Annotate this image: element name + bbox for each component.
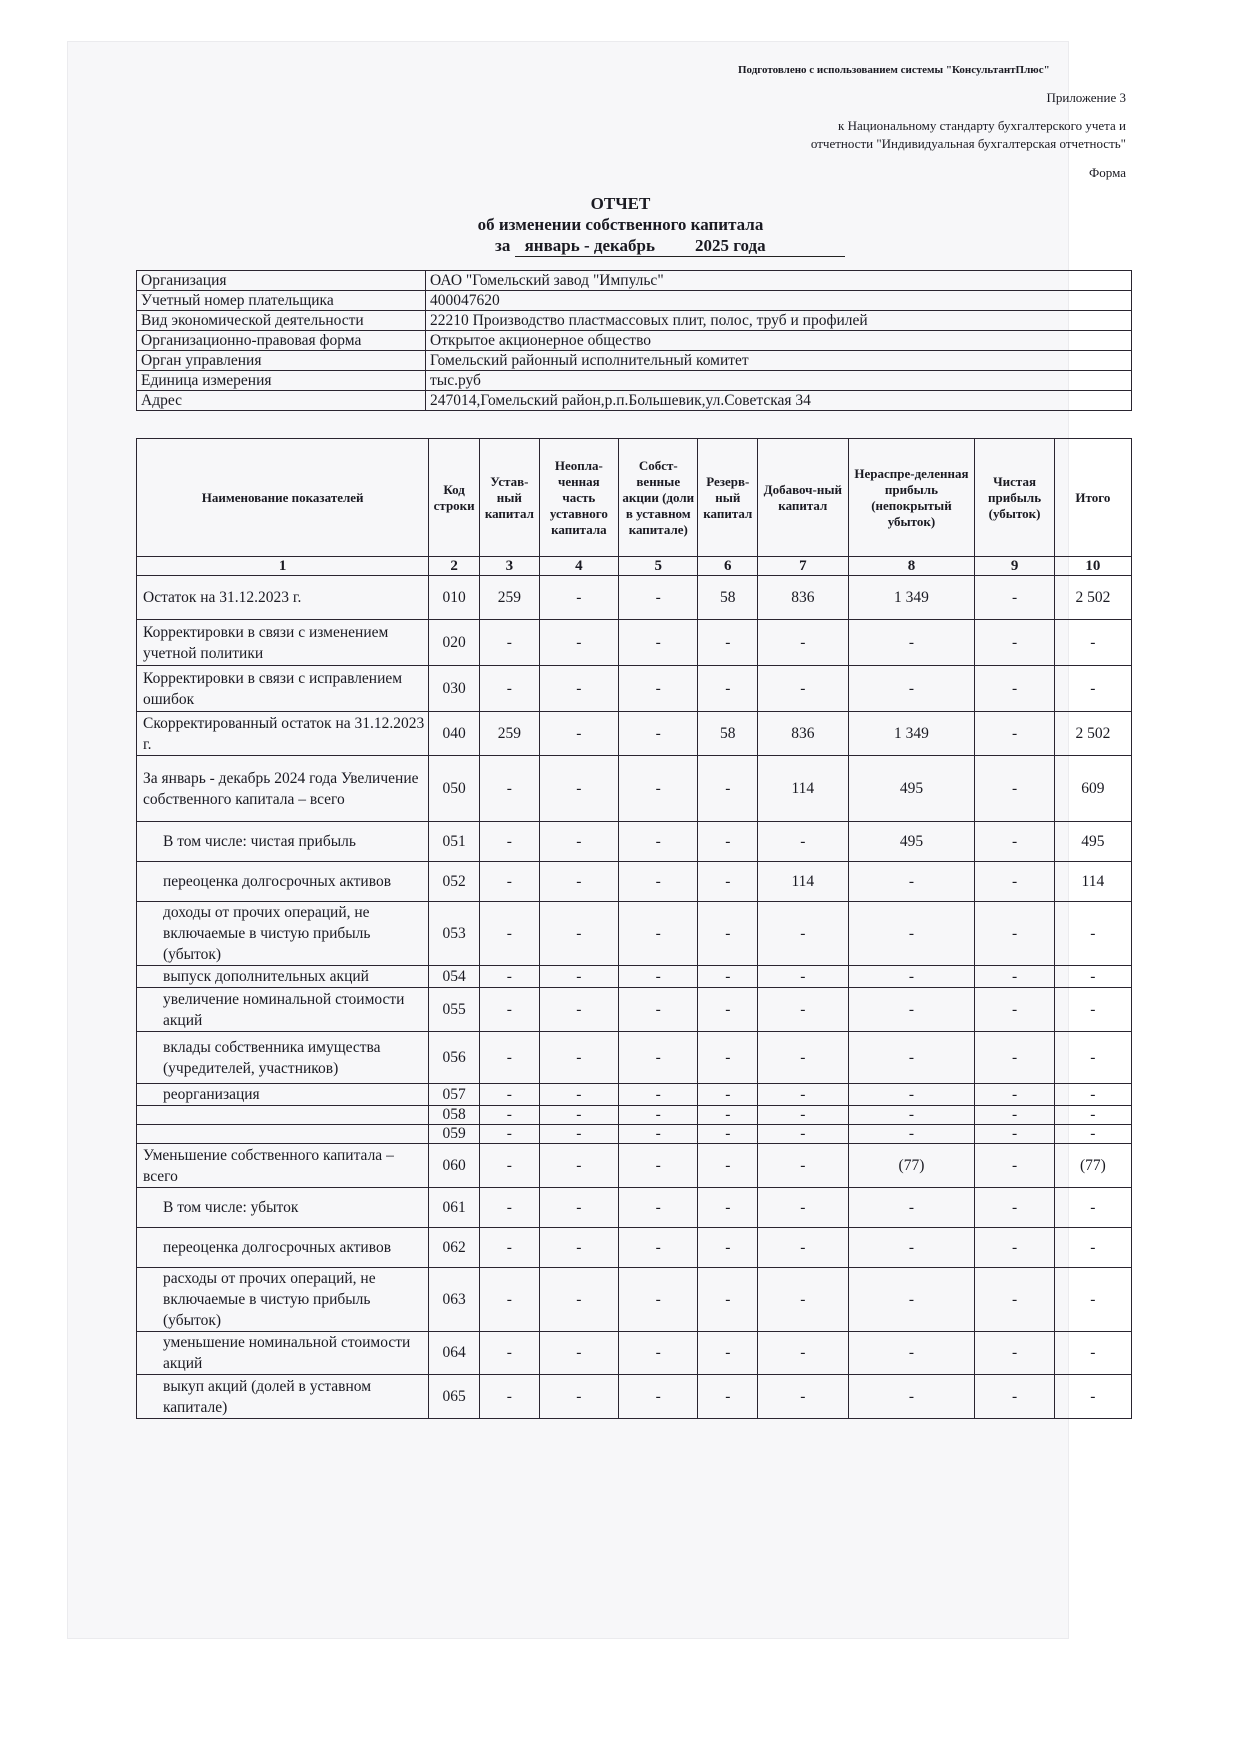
info-label: Адрес <box>137 391 426 411</box>
column-header: Код строки <box>429 439 480 557</box>
row-label: расходы от прочих операций, не включаемы… <box>137 1268 429 1332</box>
cell-value: - <box>539 862 618 902</box>
cell-value: - <box>1054 620 1131 666</box>
table-row: Корректировки в связи с исправлением оши… <box>137 666 1132 712</box>
info-label: Организационно-правовая форма <box>137 331 426 351</box>
row-label: переоценка долгосрочных активов <box>137 1228 429 1268</box>
info-value: 247014,Гомельский район,р.п.Большевик,ул… <box>426 391 1132 411</box>
cell-value: - <box>1054 1188 1131 1228</box>
info-value: ОАО "Гомельский завод "Импульс" <box>426 271 1132 291</box>
cell-value: - <box>1054 1375 1131 1419</box>
report-period: за январь - декабрь2025 года <box>495 236 845 257</box>
column-header: Итого <box>1054 439 1131 557</box>
cell-value: - <box>698 620 758 666</box>
cell-value: - <box>480 862 540 902</box>
column-number: 9 <box>975 557 1054 576</box>
cell-value: 2 502 <box>1054 576 1131 620</box>
cell-value: - <box>975 576 1054 620</box>
cell-value: - <box>698 966 758 988</box>
cell-value: - <box>619 712 698 756</box>
cell-value: - <box>539 756 618 822</box>
cell-value: - <box>1054 1032 1131 1084</box>
cell-value: - <box>619 666 698 712</box>
cell-value: - <box>480 1228 540 1268</box>
cell-value: - <box>758 666 848 712</box>
cell-value: 609 <box>1054 756 1131 822</box>
table-row: 059-------- <box>137 1125 1132 1144</box>
cell-value: - <box>619 1228 698 1268</box>
cell-value: - <box>539 576 618 620</box>
info-label: Вид экономической деятельности <box>137 311 426 331</box>
cell-value: 495 <box>848 822 975 862</box>
cell-value: - <box>539 620 618 666</box>
cell-value: - <box>480 1106 540 1125</box>
row-code: 010 <box>429 576 480 620</box>
cell-value: 2 502 <box>1054 712 1131 756</box>
info-label: Единица измерения <box>137 371 426 391</box>
row-code: 055 <box>429 988 480 1032</box>
table-row: Уменьшение собственного капитала – всего… <box>137 1144 1132 1188</box>
cell-value: - <box>480 1125 540 1144</box>
column-number: 3 <box>480 557 540 576</box>
info-row: ОрганизацияОАО "Гомельский завод "Импуль… <box>137 271 1132 291</box>
cell-value: - <box>619 576 698 620</box>
row-code: 056 <box>429 1032 480 1084</box>
period-underline: январь - декабрь2025 года <box>515 236 845 257</box>
cell-value: - <box>698 1144 758 1188</box>
period-year: 2025 года <box>695 236 766 255</box>
cell-value: - <box>975 1332 1054 1375</box>
cell-value: - <box>698 822 758 862</box>
cell-value: 114 <box>758 756 848 822</box>
organization-info-table: ОрганизацияОАО "Гомельский завод "Импуль… <box>136 270 1132 411</box>
column-header: Собст-венные акции (доли в уставном капи… <box>619 439 698 557</box>
cell-value: - <box>848 1375 975 1419</box>
cell-value: 836 <box>758 712 848 756</box>
column-number: 7 <box>758 557 848 576</box>
cell-value: - <box>758 1084 848 1106</box>
cell-value: - <box>758 988 848 1032</box>
period-months: январь - декабрь <box>525 236 655 255</box>
cell-value: - <box>975 1268 1054 1332</box>
cell-value: - <box>848 1084 975 1106</box>
table-row: переоценка долгосрочных активов062------… <box>137 1228 1132 1268</box>
row-label: В том числе: чистая прибыль <box>137 822 429 862</box>
row-label: Остаток на 31.12.2023 г. <box>137 576 429 620</box>
cell-value: - <box>480 666 540 712</box>
row-code: 063 <box>429 1268 480 1332</box>
cell-value: - <box>539 712 618 756</box>
table-row: увеличение номинальной стоимости акций05… <box>137 988 1132 1032</box>
column-number: 5 <box>619 557 698 576</box>
cell-value: - <box>1054 1106 1131 1125</box>
cell-value: - <box>758 620 848 666</box>
cell-value: - <box>480 1032 540 1084</box>
cell-value: - <box>698 1228 758 1268</box>
cell-value: - <box>539 1144 618 1188</box>
cell-value: - <box>975 862 1054 902</box>
cell-value: - <box>619 822 698 862</box>
cell-value: - <box>975 1144 1054 1188</box>
cell-value: - <box>480 1268 540 1332</box>
cell-value: 259 <box>480 712 540 756</box>
row-code: 040 <box>429 712 480 756</box>
cell-value: (77) <box>1054 1144 1131 1188</box>
row-label: выпуск дополнительных акций <box>137 966 429 988</box>
cell-value: - <box>848 988 975 1032</box>
row-label: переоценка долгосрочных активов <box>137 862 429 902</box>
info-row: Учетный номер плательщика400047620 <box>137 291 1132 311</box>
row-code: 064 <box>429 1332 480 1375</box>
report-title: ОТЧЕТ <box>0 194 1241 214</box>
cell-value: - <box>619 862 698 902</box>
info-value: 400047620 <box>426 291 1132 311</box>
cell-value: - <box>1054 666 1131 712</box>
cell-value: - <box>619 1188 698 1228</box>
row-label: вклады собственника имущества (учредител… <box>137 1032 429 1084</box>
row-label: За январь - декабрь 2024 года Увеличение… <box>137 756 429 822</box>
row-code: 058 <box>429 1106 480 1125</box>
table-row: Корректировки в связи с изменением учетн… <box>137 620 1132 666</box>
cell-value: 58 <box>698 576 758 620</box>
row-label: В том числе: убыток <box>137 1188 429 1228</box>
cell-value: - <box>698 1268 758 1332</box>
cell-value: - <box>539 1268 618 1332</box>
row-code: 052 <box>429 862 480 902</box>
info-value: Гомельский районный исполнительный комит… <box>426 351 1132 371</box>
table-row: В том числе: чистая прибыль051-----495-4… <box>137 822 1132 862</box>
prepared-note: Подготовлено с использованием системы "К… <box>738 64 1050 76</box>
info-label: Орган управления <box>137 351 426 371</box>
cell-value: - <box>758 1375 848 1419</box>
table-row: В том числе: убыток061-------- <box>137 1188 1132 1228</box>
row-label: Корректировки в связи с изменением учетн… <box>137 620 429 666</box>
cell-value: - <box>480 822 540 862</box>
row-code: 065 <box>429 1375 480 1419</box>
info-value: Открытое акционерное общество <box>426 331 1132 351</box>
cell-value: - <box>698 756 758 822</box>
cell-value: - <box>758 1268 848 1332</box>
column-header: Наименование показателей <box>137 439 429 557</box>
cell-value: 114 <box>1054 862 1131 902</box>
cell-value: - <box>848 1032 975 1084</box>
row-code: 060 <box>429 1144 480 1188</box>
table-row: 058-------- <box>137 1106 1132 1125</box>
cell-value: - <box>619 1375 698 1419</box>
info-label: Организация <box>137 271 426 291</box>
cell-value: - <box>539 666 618 712</box>
cell-value: - <box>758 966 848 988</box>
cell-value: - <box>539 1084 618 1106</box>
column-header: Резерв-ный капитал <box>698 439 758 557</box>
cell-value: - <box>619 988 698 1032</box>
row-label: выкуп акций (долей в уставном капитале) <box>137 1375 429 1419</box>
cell-value: 836 <box>758 576 848 620</box>
cell-value: - <box>539 1375 618 1419</box>
cell-value: - <box>539 902 618 966</box>
cell-value: 259 <box>480 576 540 620</box>
cell-value: - <box>539 1188 618 1228</box>
cell-value: - <box>480 902 540 966</box>
cell-value: (77) <box>848 1144 975 1188</box>
cell-value: - <box>975 666 1054 712</box>
info-row: Вид экономической деятельности22210 Прои… <box>137 311 1132 331</box>
form-label: Форма <box>1089 165 1126 181</box>
cell-value: - <box>975 620 1054 666</box>
cell-value: - <box>619 1268 698 1332</box>
cell-value: - <box>539 1332 618 1375</box>
column-header: Устав-ный капитал <box>480 439 540 557</box>
cell-value: - <box>480 966 540 988</box>
cell-value: - <box>1054 1228 1131 1268</box>
row-code: 061 <box>429 1188 480 1228</box>
cell-value: - <box>539 1125 618 1144</box>
row-label: увеличение номинальной стоимости акций <box>137 988 429 1032</box>
row-label <box>137 1125 429 1144</box>
cell-value: - <box>480 756 540 822</box>
cell-value: - <box>619 902 698 966</box>
equity-changes-table: Наименование показателейКод строкиУстав-… <box>136 438 1132 1419</box>
table-row: За январь - декабрь 2024 года Увеличение… <box>137 756 1132 822</box>
cell-value: - <box>480 1144 540 1188</box>
table-row: уменьшение номинальной стоимости акций06… <box>137 1332 1132 1375</box>
cell-value: - <box>619 1032 698 1084</box>
table-row: переоценка долгосрочных активов052----11… <box>137 862 1132 902</box>
cell-value: - <box>848 1332 975 1375</box>
cell-value: - <box>698 988 758 1032</box>
cell-value: - <box>619 1084 698 1106</box>
cell-value: - <box>758 1228 848 1268</box>
report-subtitle: об изменении собственного капитала <box>0 215 1241 235</box>
row-code: 030 <box>429 666 480 712</box>
info-row: Организационно-правовая формаОткрытое ак… <box>137 331 1132 351</box>
cell-value: - <box>539 822 618 862</box>
cell-value: - <box>848 1228 975 1268</box>
cell-value: - <box>619 1106 698 1125</box>
cell-value: - <box>619 1125 698 1144</box>
cell-value: - <box>975 988 1054 1032</box>
row-code: 050 <box>429 756 480 822</box>
cell-value: - <box>758 1188 848 1228</box>
table-row: доходы от прочих операций, не включаемые… <box>137 902 1132 966</box>
cell-value: - <box>539 1032 618 1084</box>
cell-value: - <box>848 666 975 712</box>
row-code: 020 <box>429 620 480 666</box>
cell-value: - <box>698 1106 758 1125</box>
row-code: 054 <box>429 966 480 988</box>
column-number: 2 <box>429 557 480 576</box>
row-label: уменьшение номинальной стоимости акций <box>137 1332 429 1375</box>
table-row: Скорректированный остаток на 31.12.2023 … <box>137 712 1132 756</box>
cell-value: - <box>480 1375 540 1419</box>
row-code: 062 <box>429 1228 480 1268</box>
cell-value: - <box>480 988 540 1032</box>
row-code: 051 <box>429 822 480 862</box>
cell-value: - <box>975 712 1054 756</box>
cell-value: - <box>698 902 758 966</box>
cell-value: - <box>480 1188 540 1228</box>
table-row: выкуп акций (долей в уставном капитале)0… <box>137 1375 1132 1419</box>
row-label: доходы от прочих операций, не включаемые… <box>137 902 429 966</box>
cell-value: - <box>975 1084 1054 1106</box>
column-header: Нераспре-деленная прибыль (непокрытый уб… <box>848 439 975 557</box>
cell-value: - <box>758 1032 848 1084</box>
cell-value: - <box>698 862 758 902</box>
column-number: 10 <box>1054 557 1131 576</box>
cell-value: - <box>1054 966 1131 988</box>
row-label: Корректировки в связи с исправлением оши… <box>137 666 429 712</box>
cell-value: - <box>698 1125 758 1144</box>
column-header: Чистая прибыль (убыток) <box>975 439 1054 557</box>
appendix-label: Приложение 3 <box>1046 90 1126 106</box>
cell-value: - <box>480 620 540 666</box>
column-number: 8 <box>848 557 975 576</box>
cell-value: - <box>975 1125 1054 1144</box>
cell-value: - <box>539 1106 618 1125</box>
info-label: Учетный номер плательщика <box>137 291 426 311</box>
cell-value: - <box>848 902 975 966</box>
cell-value: - <box>848 966 975 988</box>
cell-value: - <box>848 620 975 666</box>
column-header: Неопла-ченная часть уставного капитала <box>539 439 618 557</box>
standard-ref-line2: отчетности "Индивидуальная бухгалтерская… <box>811 136 1126 152</box>
cell-value: - <box>480 1332 540 1375</box>
info-row: Орган управленияГомельский районный испо… <box>137 351 1132 371</box>
column-header: Добавоч-ный капитал <box>758 439 848 557</box>
cell-value: - <box>698 1188 758 1228</box>
cell-value: - <box>619 620 698 666</box>
table-row: реорганизация057-------- <box>137 1084 1132 1106</box>
cell-value: - <box>758 1332 848 1375</box>
cell-value: - <box>758 822 848 862</box>
table-row: расходы от прочих операций, не включаемы… <box>137 1268 1132 1332</box>
column-number: 1 <box>137 557 429 576</box>
info-row: Единица измерениятыс.руб <box>137 371 1132 391</box>
cell-value: - <box>848 1188 975 1228</box>
cell-value: - <box>758 1125 848 1144</box>
cell-value: - <box>539 1228 618 1268</box>
cell-value: - <box>1054 902 1131 966</box>
column-number: 4 <box>539 557 618 576</box>
cell-value: - <box>698 1084 758 1106</box>
cell-value: - <box>1054 1332 1131 1375</box>
cell-value: 495 <box>1054 822 1131 862</box>
cell-value: - <box>975 1188 1054 1228</box>
cell-value: - <box>758 902 848 966</box>
cell-value: - <box>975 1106 1054 1125</box>
cell-value: 495 <box>848 756 975 822</box>
cell-value: - <box>975 756 1054 822</box>
row-label: Скорректированный остаток на 31.12.2023 … <box>137 712 429 756</box>
period-prefix: за <box>495 236 510 255</box>
row-code: 057 <box>429 1084 480 1106</box>
cell-value: - <box>1054 1084 1131 1106</box>
cell-value: - <box>848 1125 975 1144</box>
cell-value: 114 <box>758 862 848 902</box>
cell-value: - <box>698 1332 758 1375</box>
cell-value: - <box>975 966 1054 988</box>
cell-value: - <box>619 1144 698 1188</box>
cell-value: - <box>848 1106 975 1125</box>
cell-value: 58 <box>698 712 758 756</box>
standard-ref-line1: к Национальному стандарту бухгалтерского… <box>838 118 1126 134</box>
cell-value: - <box>539 988 618 1032</box>
cell-value: - <box>1054 1125 1131 1144</box>
row-label: Уменьшение собственного капитала – всего <box>137 1144 429 1188</box>
cell-value: - <box>848 862 975 902</box>
cell-value: - <box>698 1032 758 1084</box>
info-value: тыс.руб <box>426 371 1132 391</box>
cell-value: - <box>539 966 618 988</box>
cell-value: - <box>619 756 698 822</box>
row-code: 053 <box>429 902 480 966</box>
cell-value: - <box>848 1268 975 1332</box>
row-code: 059 <box>429 1125 480 1144</box>
cell-value: - <box>975 1228 1054 1268</box>
cell-value: 1 349 <box>848 576 975 620</box>
cell-value: - <box>698 1375 758 1419</box>
cell-value: - <box>758 1144 848 1188</box>
cell-value: - <box>1054 988 1131 1032</box>
cell-value: - <box>619 1332 698 1375</box>
info-value: 22210 Производство пластмассовых плит, п… <box>426 311 1132 331</box>
table-row: вклады собственника имущества (учредител… <box>137 1032 1132 1084</box>
table-row: Остаток на 31.12.2023 г.010259--588361 3… <box>137 576 1132 620</box>
cell-value: - <box>480 1084 540 1106</box>
column-number: 6 <box>698 557 758 576</box>
cell-value: - <box>698 666 758 712</box>
table-row: выпуск дополнительных акций054-------- <box>137 966 1132 988</box>
cell-value: - <box>619 966 698 988</box>
cell-value: - <box>975 902 1054 966</box>
info-row: Адрес247014,Гомельский район,р.п.Большев… <box>137 391 1132 411</box>
cell-value: - <box>975 1375 1054 1419</box>
row-label <box>137 1106 429 1125</box>
cell-value: - <box>975 1032 1054 1084</box>
row-label: реорганизация <box>137 1084 429 1106</box>
cell-value: 1 349 <box>848 712 975 756</box>
cell-value: - <box>1054 1268 1131 1332</box>
cell-value: - <box>758 1106 848 1125</box>
cell-value: - <box>975 822 1054 862</box>
